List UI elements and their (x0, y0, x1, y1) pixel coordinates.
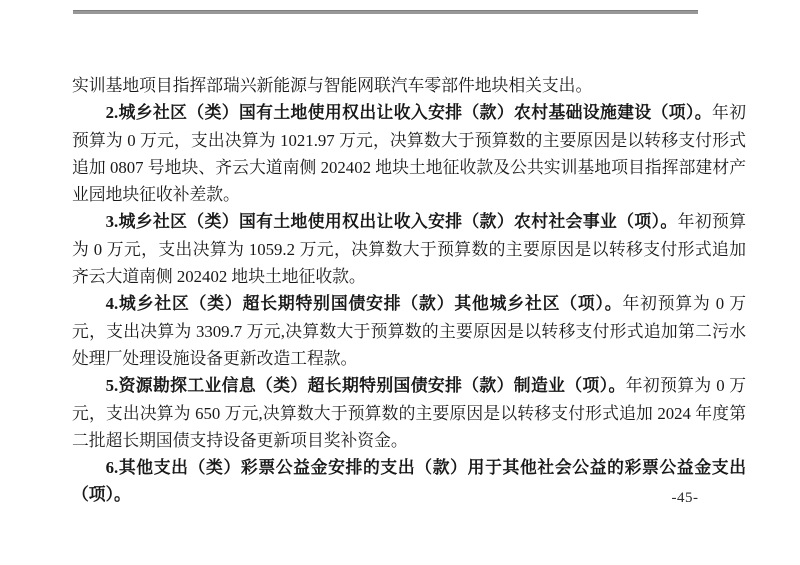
paragraph: 3.城乡社区（类）国有土地使用权出让收入安排（款）农村社会事业（项）。年初预算为… (72, 208, 746, 290)
paragraph-text: 实训基地项目指挥部瑞兴新能源与智能网联汽车零部件地块相关支出。 (72, 76, 592, 95)
paragraph: 2.城乡社区（类）国有土地使用权出让收入安排（款）农村基础设施建设（项）。年初预… (72, 99, 746, 208)
paragraph: 5.资源勘探工业信息（类）超长期特别国债安排（款）制造业（项）。年初预算为 0 … (72, 372, 746, 454)
paragraph-lead: 6.其他支出（类）彩票公益金安排的支出（款）用于其他社会公益的彩票公益金支出（项… (72, 458, 746, 504)
document-page: 实训基地项目指挥部瑞兴新能源与智能网联汽车零部件地块相关支出。 2.城乡社区（类… (0, 0, 800, 565)
document-body: 实训基地项目指挥部瑞兴新能源与智能网联汽车零部件地块相关支出。 2.城乡社区（类… (72, 72, 746, 509)
paragraph-lead: 4.城乡社区（类）超长期特别国债安排（款）其他城乡社区（项）。 (106, 294, 623, 313)
header-rule (73, 10, 698, 14)
paragraph-lead: 5.资源勘探工业信息（类）超长期特别国债安排（款）制造业（项）。 (106, 376, 626, 395)
page-number: -45- (668, 490, 702, 506)
paragraph: 实训基地项目指挥部瑞兴新能源与智能网联汽车零部件地块相关支出。 (72, 72, 746, 99)
paragraph: 4.城乡社区（类）超长期特别国债安排（款）其他城乡社区（项）。年初预算为 0 万… (72, 290, 746, 372)
paragraph-lead: 2.城乡社区（类）国有土地使用权出让收入安排（款）农村基础设施建设（项）。 (106, 103, 712, 122)
paragraph: 6.其他支出（类）彩票公益金安排的支出（款）用于其他社会公益的彩票公益金支出（项… (72, 454, 746, 509)
paragraph-lead: 3.城乡社区（类）国有土地使用权出让收入安排（款）农村社会事业（项）。 (106, 212, 678, 231)
